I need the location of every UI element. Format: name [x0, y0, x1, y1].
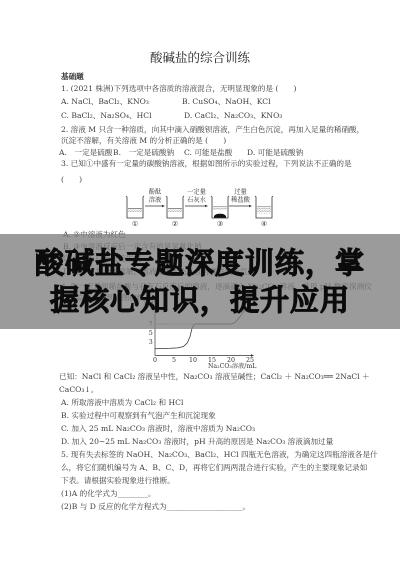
x-tick-label: 15: [208, 357, 216, 364]
precipitate: [214, 214, 226, 218]
banner-headline-line-1: 酸碱盐专题深度训练，掌: [0, 247, 400, 279]
q1-option-b: B. CuSO₄、NaOH、KCl: [182, 97, 271, 107]
q2-stem-line-1: 2. 溶液 M 只含一种溶质，向其中滴入硝酸钡溶液，产生白色沉淀，再加入足量的稀…: [61, 125, 364, 135]
x-tick-label: 10: [189, 357, 197, 364]
arrow-add-limewater: 一定量 石灰水: [185, 186, 208, 207]
q5-stem-line-2: 么，将它们随机编号为 A、B、C、D，再将它们两两混合进行实验，产生的主要现象记…: [61, 463, 367, 473]
q4-option-a: A. 所取溶液中溶质为 CaCl₂ 和 HCl: [61, 398, 183, 408]
q1-stem: 1. (2021 株洲)下列选项中各溶质的溶液混合，无明显现象的是 ( ): [61, 84, 297, 94]
q2-option-d: D. 可能是硫酸钠: [247, 148, 303, 158]
q1-option-a: A. NaCl、BaCl₂、KNO₃: [61, 97, 149, 107]
q1-option-d: D. CaCl₂、Na₂CO₃、KNO₃: [184, 111, 282, 121]
q4-note-line-1: 已知：NaCl 和 CaCl₂ 溶液呈中性，Na₂CO₃ 溶液呈碱性；CaCl₂…: [59, 372, 370, 382]
x-tick-label: 0: [153, 357, 157, 364]
q5-sub-question-1: (1)A 的化学式为________。: [61, 489, 156, 499]
beaker-4: [255, 196, 273, 218]
arrow-add-phenolphthalein: 酚酞 溶液: [145, 186, 165, 207]
beaker-2-label: ②: [172, 220, 178, 228]
q4-note-line-2: CaCO₃↓。: [59, 385, 98, 395]
beaker-1-label: ①: [132, 220, 138, 228]
promo-banner: 酸碱盐专题深度训练，掌 握核心知识，提升应用: [0, 234, 400, 329]
arrow-1-label-line-2: 溶液: [149, 194, 162, 203]
arrow-2-label-line-1: 一定量: [187, 186, 206, 195]
q5-sub-question-2: (2)B 与 D 反应的化学方程式为____________________。: [61, 502, 250, 512]
arrow-add-hydrochloric-acid: 过量 稀盐酸: [229, 186, 252, 207]
q3-stem-line-1: 3. 已知①中盛有一定量的碳酸钠溶液，根据如图所示的实验过程，下列说法不正确的是: [61, 159, 352, 169]
q3-answer-brackets: ( ): [61, 175, 82, 185]
beaker-3: [211, 196, 229, 218]
arrow-2-label-line-2: 石灰水: [187, 194, 207, 203]
experiment-diagram: 酚酞 溶液 一定量 石灰水 过量 稀盐酸 ① ② ③ ④: [120, 185, 280, 230]
q2-option-c: C. 可能是盐酸: [184, 148, 232, 158]
q4-option-d: D. 加入 20~25 mL Na₂CO₃ 溶液时，pH 升高的原因是 Na₂C…: [61, 437, 333, 447]
x-tick-label: 20: [227, 357, 235, 364]
beaker-3-label: ③: [217, 220, 223, 228]
beaker-4-label: ④: [261, 220, 267, 228]
q4-option-c: C. 加入 25 mL Na₂CO₃ 溶液时，溶液中溶质为 Na₂CO₃: [61, 424, 255, 434]
q5-stem-line-3: 下表。请根据实验现象进行推断。: [61, 476, 175, 486]
q1-option-c: C. BaCl₂、Na₂SO₄、HCl: [61, 111, 152, 121]
q2-option-b: B. 一定是硫酸钠: [113, 148, 174, 158]
beaker-2: [166, 196, 184, 218]
x-tick-label: 5: [172, 357, 176, 364]
arrow-3-label-line-1: 过量: [234, 186, 247, 195]
q4-option-b: B. 实验过程中可观察到有气泡产生和沉淀现象: [61, 411, 216, 421]
banner-headline-line-2: 握核心知识，提升应用: [0, 284, 400, 316]
arrow-1-label-line-1: 酚酞: [149, 186, 162, 195]
y-tick-label: 3: [149, 339, 153, 346]
q2-option-a: A. 一定是硫酸: [59, 148, 112, 158]
x-tick-label: 25: [246, 357, 254, 364]
q2-stem-line-2: 沉淀不溶解，有关溶液 M 的分析正确的是 ( ): [61, 136, 226, 146]
page-title: 酸碱盐的综合训练: [0, 51, 400, 65]
beaker-1: [126, 196, 144, 218]
section-heading: 基础题: [61, 72, 84, 82]
arrow-3-label-line-2: 稀盐酸: [231, 194, 251, 203]
y-tick-label: 5: [149, 330, 153, 337]
q5-stem-line-1: 5. 现有失去标签的 NaOH、Na₂CO₃、BaCl₂、HCl 四瓶无色溶液，…: [61, 450, 378, 460]
